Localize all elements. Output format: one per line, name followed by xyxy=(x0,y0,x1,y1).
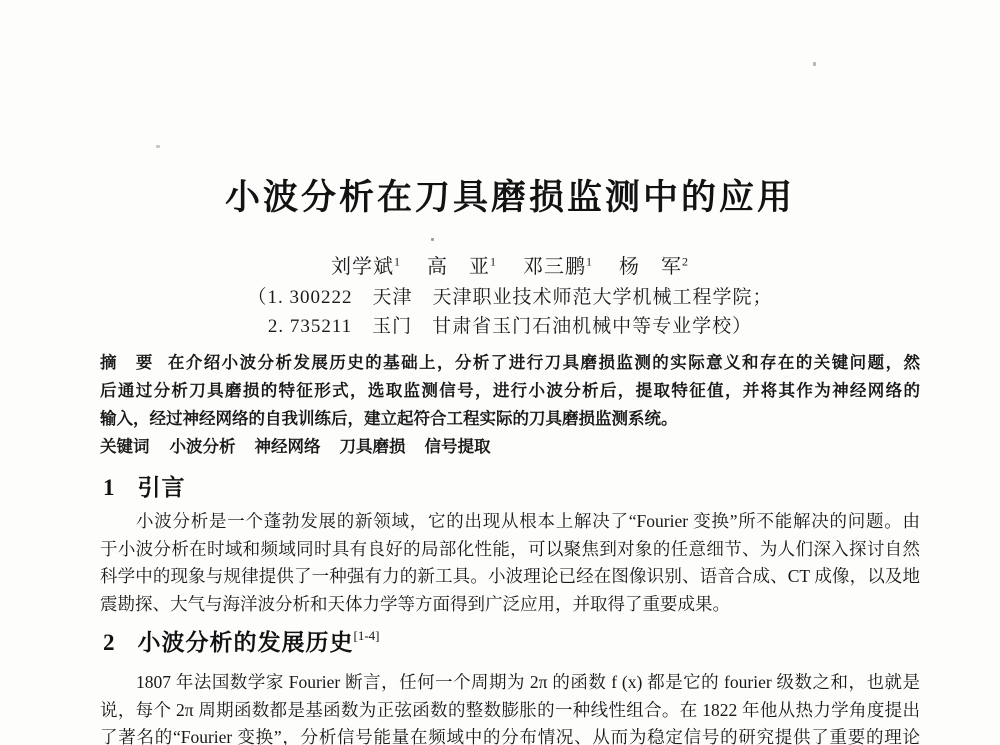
section-title: 引言 xyxy=(138,475,186,501)
author-affiliation-mark: 1 xyxy=(586,254,593,268)
paragraph-line: 科学中的现象与规律提供了一种强有力的新工具。小波理论已经在图像识别、语音合成、C… xyxy=(100,563,920,591)
keyword: 神经网络 xyxy=(255,437,321,456)
scan-speck xyxy=(431,238,434,241)
author: 刘学斌1 xyxy=(331,256,401,278)
keyword: 刀具磨损 xyxy=(340,437,406,456)
paragraph-line: 说，每个 2π 周期函数都是基函数为正弦函数的整数膨胀的一种线性组合。在 182… xyxy=(100,697,920,725)
section-2-paragraph: 1807 年法国数学家 Fourier 断言，任何一个周期为 2π 的函数 f … xyxy=(100,669,920,745)
section-number: 2 xyxy=(103,630,116,655)
author-name: 邓三鹏 xyxy=(523,256,586,278)
author-name: 高 亚 xyxy=(427,256,490,278)
paragraph-line: 震勘探、大气与海洋波分析和天体力学等方面得到广泛应用，并取得了重要成果。 xyxy=(100,591,920,619)
keyword: 信号提取 xyxy=(425,437,491,456)
author: 杨 军2 xyxy=(619,256,689,278)
abstract-text: 在介绍小波分析发展历史的基础上，分析了进行刀具磨损监测的实际意义和存在的关键问题… xyxy=(168,353,920,372)
paragraph-line: 了著名的“Fourier 变换”，分析信号能量在频域中的分布情况、从而为稳定信号… xyxy=(100,724,920,745)
paragraph-line: 于小波分析在时域和频域同时具有良好的局部化性能，可以聚焦到对象的任意细节、为人们… xyxy=(100,536,920,564)
abstract-line: 输入，经过神经网络的自我训练后，建立起符合工程实际的刀具磨损监测系统。 xyxy=(100,405,920,433)
scan-speck xyxy=(156,145,160,148)
keywords-line: 关键词小波分析神经网络刀具磨损信号提取 xyxy=(100,433,920,461)
abstract-label: 摘 要 xyxy=(100,353,154,372)
section-number: 1 xyxy=(103,475,116,500)
abstract-line: 摘 要在介绍小波分析发展历史的基础上，分析了进行刀具磨损监测的实际意义和存在的关… xyxy=(100,349,920,377)
author-affiliation-mark: 1 xyxy=(490,254,497,268)
section-2-heading: 2小波分析的发展历史[1-4] xyxy=(103,624,923,657)
section-1-heading: 1引言 xyxy=(103,469,923,502)
citation-reference: [1-4] xyxy=(354,628,380,643)
paragraph-line: 1807 年法国数学家 Fourier 断言，任何一个周期为 2π 的函数 f … xyxy=(100,669,920,697)
author: 邓三鹏1 xyxy=(523,256,593,278)
author-name: 刘学斌 xyxy=(331,256,394,278)
authors-line: 刘学斌1 高 亚1 邓三鹏1 杨 军2 xyxy=(100,250,920,279)
scan-speck xyxy=(813,62,816,66)
author-affiliation-mark: 2 xyxy=(682,254,689,268)
paragraph-line: 小波分析是一个蓬勃发展的新领域，它的出现从根本上解决了“Fourier 变换”所… xyxy=(100,508,920,536)
author: 高 亚1 xyxy=(427,256,497,278)
keywords-label: 关键词 xyxy=(100,437,150,456)
affiliation-line: 2. 735211 玉门 甘肃省玉门石油机械中等专业学校） xyxy=(100,311,920,338)
affiliation-line: （1. 300222 天津 天津职业技术师范大学机械工程学院； xyxy=(100,282,920,309)
author-name: 杨 军 xyxy=(619,256,682,278)
author-affiliation-mark: 1 xyxy=(394,254,401,268)
abstract-line: 后通过分析刀具磨损的特征形式，选取监测信号，进行小波分析后，提取特征值，并将其作… xyxy=(100,377,920,405)
abstract-block: 摘 要在介绍小波分析发展历史的基础上，分析了进行刀具磨损监测的实际意义和存在的关… xyxy=(100,349,920,433)
keyword: 小波分析 xyxy=(170,437,236,456)
scanned-paper-page: { "paper": { "title": "小波分析在刀具磨损监测中的应用",… xyxy=(0,0,1000,745)
paper-title: 小波分析在刀具磨损监测中的应用 xyxy=(100,170,920,220)
section-title: 小波分析的发展历史 xyxy=(138,630,354,656)
section-1-paragraph: 小波分析是一个蓬勃发展的新领域，它的出现从根本上解决了“Fourier 变换”所… xyxy=(100,508,920,618)
